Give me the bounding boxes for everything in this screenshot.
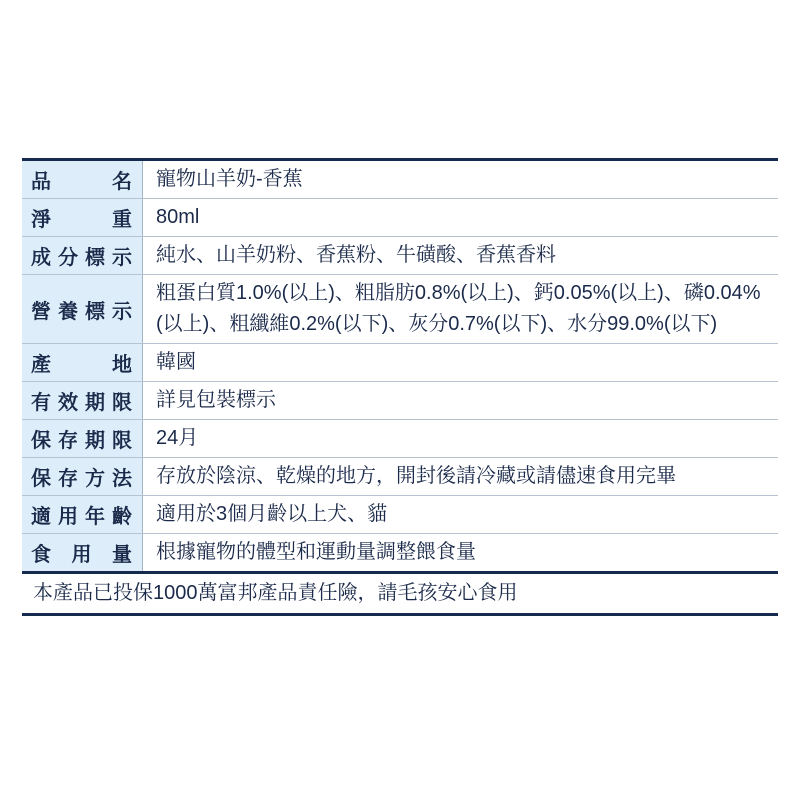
product-spec-table: 品名 寵物山羊奶-香蕉 淨重 80ml 成分標示 純水、山羊奶粉、香蕉粉、牛磺酸… [22,158,778,616]
row-value-text: 韓國 [156,347,196,378]
row-label: 成分標示 [22,237,143,274]
row-label-text: 保存期限 [31,424,132,453]
row-value-text: 24月 [156,423,198,454]
row-value-text: 適用於3個月齡以上犬、貓 [156,499,387,530]
row-value: 純水、山羊奶粉、香蕉粉、牛磺酸、香蕉香料 [143,237,778,274]
table-row: 成分標示 純水、山羊奶粉、香蕉粉、牛磺酸、香蕉香料 [22,236,778,274]
row-label: 品名 [22,161,143,198]
table-row: 品名 寵物山羊奶-香蕉 [22,161,778,198]
table-row: 食用量 根據寵物的體型和運動量調整餵食量 [22,533,778,571]
row-label-text: 食用量 [31,538,132,567]
row-label-text: 成分標示 [31,241,132,270]
row-value-text: 純水、山羊奶粉、香蕉粉、牛磺酸、香蕉香料 [156,240,556,271]
table-row: 保存期限 24月 [22,419,778,457]
row-label-text: 品名 [31,165,132,194]
table-row: 有效期限 詳見包裝標示 [22,381,778,419]
row-value: 粗蛋白質1.0%(以上)、粗脂肪0.8%(以上)、鈣0.05%(以上)、磷0.0… [143,275,778,343]
row-label: 適用年齡 [22,496,143,533]
row-label-text: 產地 [31,348,132,377]
row-label: 保存方法 [22,458,143,495]
table-row: 產地 韓國 [22,343,778,381]
table-row: 營養標示 粗蛋白質1.0%(以上)、粗脂肪0.8%(以上)、鈣0.05%(以上)… [22,274,778,343]
row-value-text: 80ml [156,202,199,233]
row-value: 80ml [143,199,778,236]
table-row: 適用年齡 適用於3個月齡以上犬、貓 [22,495,778,533]
row-value-text: 粗蛋白質1.0%(以上)、粗脂肪0.8%(以上)、鈣0.05%(以上)、磷0.0… [156,278,765,340]
row-label: 食用量 [22,534,143,571]
row-value-text: 寵物山羊奶-香蕉 [156,164,303,195]
row-label-text: 保存方法 [31,462,132,491]
row-label: 有效期限 [22,382,143,419]
row-label: 產地 [22,344,143,381]
row-value-text: 詳見包裝標示 [156,385,276,416]
row-label: 淨重 [22,199,143,236]
table-footer: 本產品已投保1000萬富邦產品責任險，請毛孩安心食用 [22,571,778,613]
row-label: 營養標示 [22,275,143,343]
row-value: 寵物山羊奶-香蕉 [143,161,778,198]
row-value: 適用於3個月齡以上犬、貓 [143,496,778,533]
row-value: 存放於陰涼、乾燥的地方，開封後請冷藏或請儘速食用完畢 [143,458,778,495]
row-label-text: 適用年齡 [31,500,132,529]
row-value-text: 根據寵物的體型和運動量調整餵食量 [156,537,476,568]
row-value: 根據寵物的體型和運動量調整餵食量 [143,534,778,571]
row-value: 韓國 [143,344,778,381]
row-value: 詳見包裝標示 [143,382,778,419]
table-row: 淨重 80ml [22,198,778,236]
row-label-text: 淨重 [31,203,132,232]
row-label-text: 有效期限 [31,386,132,415]
row-value: 24月 [143,420,778,457]
row-label: 保存期限 [22,420,143,457]
row-value-text: 存放於陰涼、乾燥的地方，開封後請冷藏或請儘速食用完畢 [156,461,676,492]
table-row: 保存方法 存放於陰涼、乾燥的地方，開封後請冷藏或請儘速食用完畢 [22,457,778,495]
row-label-text: 營養標示 [31,295,132,324]
footer-text: 本產品已投保1000萬富邦產品責任險，請毛孩安心食用 [33,582,518,604]
